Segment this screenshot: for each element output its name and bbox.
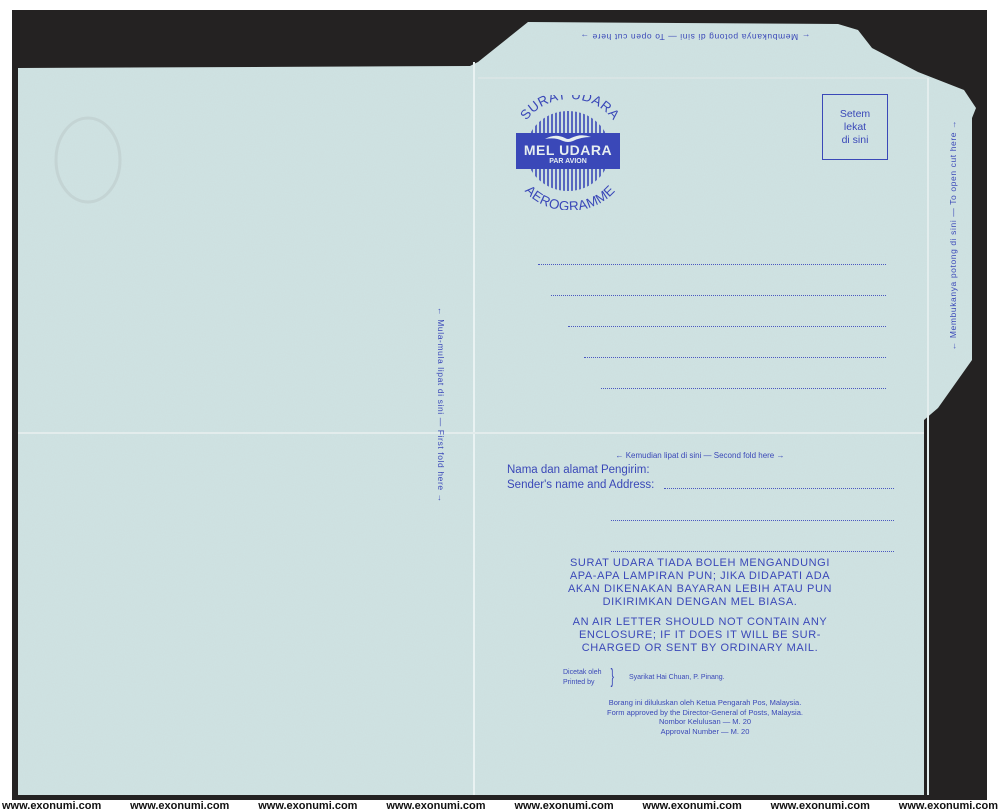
logo-top-arc: SURAT UDARA <box>517 95 623 123</box>
printed-by-label-english: Printed by <box>563 678 602 688</box>
svg-text:AEROGRAMME: AEROGRAMME <box>522 182 617 210</box>
address-line[interactable] <box>568 326 886 327</box>
watermark-text: www.exonumi.com <box>2 800 101 812</box>
svg-text:SURAT UDARA: SURAT UDARA <box>517 95 623 123</box>
printed-by-label-malay: Dicetak oleh <box>563 668 602 678</box>
aerogramme-sheet: ← Membukanya potong di sini — To open cu… <box>0 0 1000 812</box>
approval-info: Borang ini diluluskan oleh Ketua Pengara… <box>555 698 855 736</box>
approval-line: Nombor Kelulusan — M. 20 <box>555 717 855 727</box>
notice-line: AN AIR LETTER SHOULD NOT CONTAIN ANY <box>525 616 875 629</box>
top-flap-cut-instruction: ← Membukanya potong di sini — To open cu… <box>560 32 830 42</box>
logo-bottom-arc: AEROGRAMME <box>522 182 617 210</box>
notice-line: SURAT UDARA TIADA BOLEH MENGANDUNGI <box>525 557 875 570</box>
sender-label-english: Sender's name and Address: <box>507 479 654 491</box>
notice-malay: SURAT UDARA TIADA BOLEH MENGANDUNGI APA-… <box>525 557 875 609</box>
notice-line: CHARGED OR SENT BY ORDINARY MAIL. <box>525 642 875 655</box>
watermark-text: www.exonumi.com <box>771 800 870 812</box>
right-flap-cut-instruction: ← Membukanya potong di sini — To open cu… <box>948 100 958 370</box>
watermark-text: www.exonumi.com <box>643 800 742 812</box>
stamp-box-line: Setem <box>823 108 887 121</box>
sender-address-line[interactable] <box>611 551 894 552</box>
approval-line: Borang ini diluluskan oleh Ketua Pengara… <box>555 698 855 708</box>
watermark-text: www.exonumi.com <box>899 800 998 812</box>
sender-label-malay: Nama dan alamat Pengirim: <box>507 464 650 476</box>
bird-icon <box>543 133 593 143</box>
address-line[interactable] <box>601 388 886 389</box>
sender-address-line[interactable] <box>664 488 894 489</box>
first-fold-instruction: ← Mula-mula lipat di sini — First fold h… <box>436 290 446 520</box>
notice-english: AN AIR LETTER SHOULD NOT CONTAIN ANY ENC… <box>525 616 875 655</box>
printer-info: Dicetak oleh Printed by } Syarikat Hai C… <box>563 668 602 688</box>
second-fold-instruction: ← Kemudian lipat di sini — Second fold h… <box>590 451 810 460</box>
notice-line: DIKIRIMKAN DENGAN MEL BIASA. <box>525 596 875 609</box>
logo-par-avion: PAR AVION <box>516 157 620 166</box>
address-line[interactable] <box>584 357 886 358</box>
watermark-text: www.exonumi.com <box>386 800 485 812</box>
address-line[interactable] <box>551 295 886 296</box>
watermark-text: www.exonumi.com <box>514 800 613 812</box>
logo-band: MEL UDARA PAR AVION <box>516 133 620 169</box>
approval-line: Form approved by the Director-General of… <box>555 708 855 718</box>
notice-line: AKAN DIKENAKAN BAYARAN LEBIH ATAU PUN <box>525 583 875 596</box>
watermark-row: www.exonumi.com www.exonumi.com www.exon… <box>0 800 1000 812</box>
sender-address-line[interactable] <box>611 520 894 521</box>
watermark-text: www.exonumi.com <box>258 800 357 812</box>
stamp-box: Setem lekat di sini <box>822 94 888 160</box>
address-line[interactable] <box>538 264 886 265</box>
aerogramme-logo: SURAT UDARA AEROGRAMME MEL UDARA PAR AVI… <box>500 95 640 210</box>
logo-mel-udara: MEL UDARA <box>516 143 620 157</box>
brace-glyph: } <box>611 667 614 687</box>
notice-line: ENCLOSURE; IF IT DOES IT WILL BE SUR- <box>525 629 875 642</box>
printer-name: Syarikat Hai Chuan, P. Pinang. <box>629 673 725 683</box>
watermark-text: www.exonumi.com <box>130 800 229 812</box>
stamp-box-line: di sini <box>823 134 887 147</box>
stamp-box-line: lekat <box>823 121 887 134</box>
approval-line: Approval Number — M. 20 <box>555 727 855 737</box>
notice-line: APA-APA LAMPIRAN PUN; JIKA DIDAPATI ADA <box>525 570 875 583</box>
